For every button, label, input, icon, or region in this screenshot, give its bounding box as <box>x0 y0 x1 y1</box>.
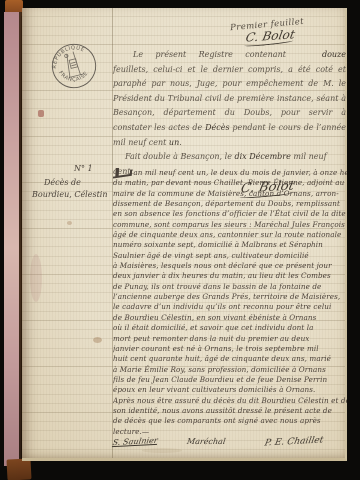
act-line: ’an mil neuf cent un, le deux du mois de… <box>113 168 347 178</box>
act-line: Saulnier âgé de vingt sept ans, cultivat… <box>113 251 347 261</box>
act-line: dissement de Besançon, département du Do… <box>113 199 347 209</box>
act-line: époux en leur vivant cultivateurs domici… <box>113 385 347 395</box>
act-line: à Maisières, lesquels nous ont déclaré q… <box>113 261 347 271</box>
closing-segment: Fait double à Besançon, le <box>125 152 234 161</box>
preamble-segment: feuillets, celui-ci et le dernier compri… <box>113 65 346 132</box>
preamble-segment: Le présent Registre contenant <box>133 50 286 59</box>
judge-signature-top: C. Bolot <box>244 27 296 46</box>
book-binding-tab-bottom <box>6 458 31 480</box>
act-line: âgé de cinquante deux ans, cantonnier su… <box>113 230 347 240</box>
paper-stain <box>93 337 102 343</box>
act-line: janvier courant est né à Ornans, le troi… <box>113 344 347 354</box>
preamble-paragraph: Le présent Registre contenantdouze feuil… <box>113 48 346 150</box>
act-number: N° 1 <box>74 163 116 175</box>
scan-backdrop: RÉPUBLIQUE FRANÇAISE Premier feuillet C.… <box>0 0 360 480</box>
act-line: son identité, nous avons aussitôt dressé… <box>113 406 347 416</box>
signature: S. Saulnier <box>112 436 159 447</box>
act-line: de Bourdieu Célestin, en son vivant ébén… <box>113 313 347 323</box>
deceased-name-label: Bourdieu, Célestin <box>32 189 116 201</box>
closing-segment: dix Décembre <box>234 152 290 161</box>
act-line: huit cent quarante huit, âgé de cinquant… <box>113 354 347 364</box>
act-line: le cadavre d’un individu qu’ils ont reco… <box>113 302 347 312</box>
marianne-figure-icon <box>63 50 83 77</box>
republique-francaise-stamp-icon: RÉPUBLIQUE FRANÇAISE <box>44 36 105 97</box>
preamble-segment: . <box>179 138 182 147</box>
act-line: lecture.— <box>113 427 347 436</box>
preamble-segment: Décès <box>205 123 229 132</box>
death-act-body: L ’an mil neuf cent un, le deux du mois … <box>113 168 347 436</box>
act-type-label: Décès de <box>44 177 116 189</box>
act-line: Après nous être assuré du décès du dit B… <box>113 396 347 406</box>
act-line: deux janvier à dix heures du matin, au l… <box>113 271 347 281</box>
signature: P. E. Chaillet <box>264 435 325 448</box>
paper-stain <box>38 110 44 117</box>
act-lines: ’an mil neuf cent un, le deux du mois de… <box>113 168 347 436</box>
act-initial-letter: L <box>113 168 136 187</box>
paper-stain <box>30 254 42 302</box>
signature: Maréchal <box>186 437 226 446</box>
act-line: maire de la commune de Maisières, canton… <box>113 189 347 199</box>
act-line: de Punay, ils ont trouvé dans le bassin … <box>113 282 347 292</box>
paper-stain <box>67 221 72 225</box>
preamble-segment: douze <box>322 50 346 59</box>
act-line: à Marie Émilie Roy, sans profession, dom… <box>113 365 347 375</box>
act-line: commune, sont comparus les sieurs : Maré… <box>113 220 347 230</box>
act-line: numéro soixante sept, domicilié à Malbra… <box>113 240 347 250</box>
act-line: du matin, par devant nous Chaillet, Pier… <box>113 178 347 188</box>
act-line: où il était domicilié, et savoir que cet… <box>113 323 347 333</box>
preamble-segment: un <box>169 138 179 147</box>
act-line: de décès que les comparants ont signé av… <box>113 416 347 426</box>
act-line: fils de feu Jean Claude Bourdieu et de f… <box>113 375 347 385</box>
act-line: mort peut remonter dans la nuit du premi… <box>113 334 347 344</box>
register-page: RÉPUBLIQUE FRANÇAISE Premier feuillet C.… <box>22 8 347 461</box>
act-line: l’ancienne auberge des Grands Prés, terr… <box>113 292 347 302</box>
margin-annotation: N° 1 Décès de Bourdieu, Célestin <box>32 163 116 201</box>
act-line: en son absence les fonctions d’officier … <box>113 209 347 219</box>
witness-signatures-row: S. SaulnierMaréchalP. E. Chaillet <box>113 437 347 455</box>
